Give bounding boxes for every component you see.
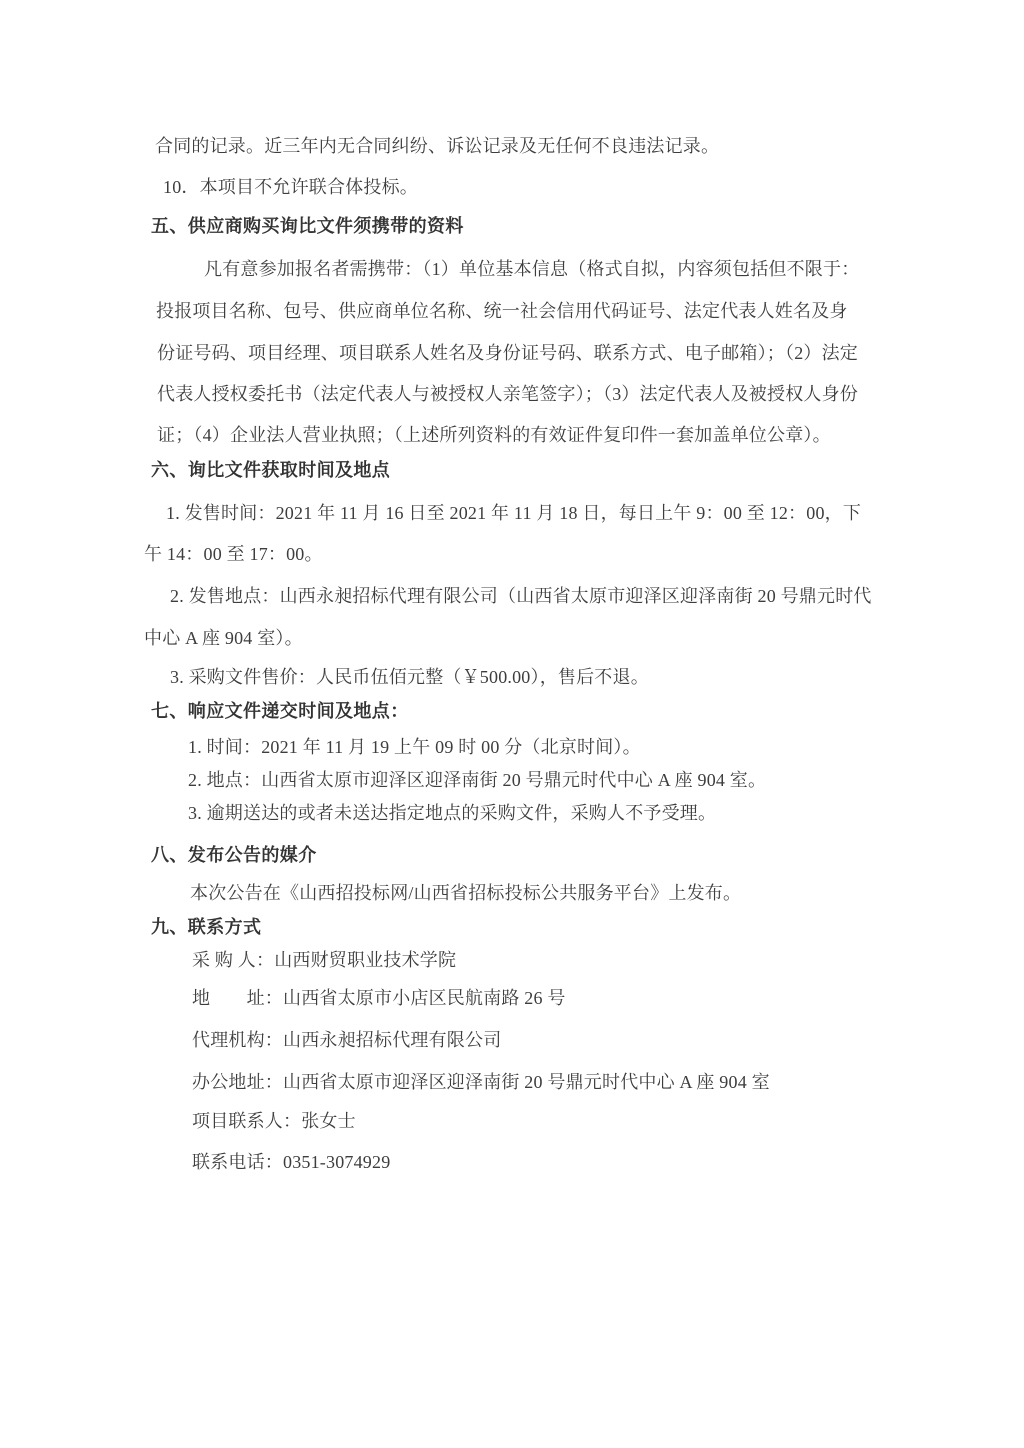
contact-address-line: 地 址：山西省太原市小店区民航南路 26 号 [192, 987, 566, 1009]
section-6-item-1-line-1: 1. 发售时间：2021 年 11 月 16 日至 2021 年 11 月 18… [166, 502, 861, 524]
contact-person-line: 项目联系人：张女士 [192, 1110, 356, 1132]
section-6-item-1-line-2: 午 14：00 至 17：00。 [144, 543, 323, 565]
contact-purchaser-line: 采 购 人：山西财贸职业技术学院 [192, 949, 456, 971]
section-5-paragraph-line-3: 份证号码、项目经理、项目联系人姓名及身份证号码、联系方式、电子邮箱）；（2）法定 [157, 342, 858, 364]
section-7-item-3: 3. 逾期送达的或者未送达指定地点的采购文件，采购人不予受理。 [188, 802, 716, 824]
section-9-heading: 九、联系方式 [151, 916, 261, 938]
section-5-paragraph-line-4: 代表人授权委托书（法定代表人与被授权人亲笔签字）；（3）法定代表人及被授权人身份 [157, 383, 858, 405]
carryover-paragraph-line: 合同的记录。近三年内无合同纠纷、诉讼记录及无任何不良违法记录。 [155, 135, 719, 157]
list-item-10: 10．本项目不允许联合体投标。 [163, 176, 418, 198]
contact-office-address-line: 办公地址：山西省太原市迎泽区迎泽南街 20 号鼎元时代中心 A 座 904 室 [192, 1071, 770, 1093]
section-8-heading: 八、发布公告的媒介 [151, 844, 317, 866]
section-8-body: 本次公告在《山西招投标网/山西省招标投标公共服务平台》上发布。 [190, 882, 741, 904]
section-5-heading: 五、供应商购买询比文件须携带的资料 [151, 215, 464, 237]
section-5-paragraph-line-2: 投报项目名称、包号、供应商单位名称、统一社会信用代码证号、法定代表人姓名及身 [156, 300, 848, 322]
section-6-item-2-line-2: 中心 A 座 904 室）。 [144, 627, 303, 649]
section-6-item-3: 3. 采购文件售价：人民币伍佰元整（￥500.00），售后不退。 [170, 666, 649, 688]
contact-agency-line: 代理机构：山西永昶招标代理有限公司 [192, 1029, 501, 1051]
section-6-item-2-line-1: 2. 发售地点：山西永昶招标代理有限公司（山西省太原市迎泽区迎泽南街 20 号鼎… [170, 585, 872, 607]
document-page: 合同的记录。近三年内无合同纠纷、诉讼记录及无任何不良违法记录。 10．本项目不允… [0, 0, 1024, 1448]
section-7-item-2: 2. 地点：山西省太原市迎泽区迎泽南街 20 号鼎元时代中心 A 座 904 室… [188, 769, 766, 791]
contact-phone-line: 联系电话：0351-3074929 [192, 1151, 390, 1173]
section-7-item-1: 1. 时间：2021 年 11 月 19 上午 09 时 00 分（北京时间）。 [188, 736, 641, 758]
section-7-heading: 七、响应文件递交时间及地点： [151, 700, 409, 722]
section-5-paragraph-line-1: 凡有意参加报名者需携带：（1）单位基本信息（格式自拟，内容须包括但不限于： [204, 258, 859, 280]
section-6-heading: 六、询比文件获取时间及地点 [151, 459, 390, 481]
section-5-paragraph-line-5: 证；（4）企业法人营业执照；（上述所列资料的有效证件复印件一套加盖单位公章）。 [157, 424, 831, 446]
